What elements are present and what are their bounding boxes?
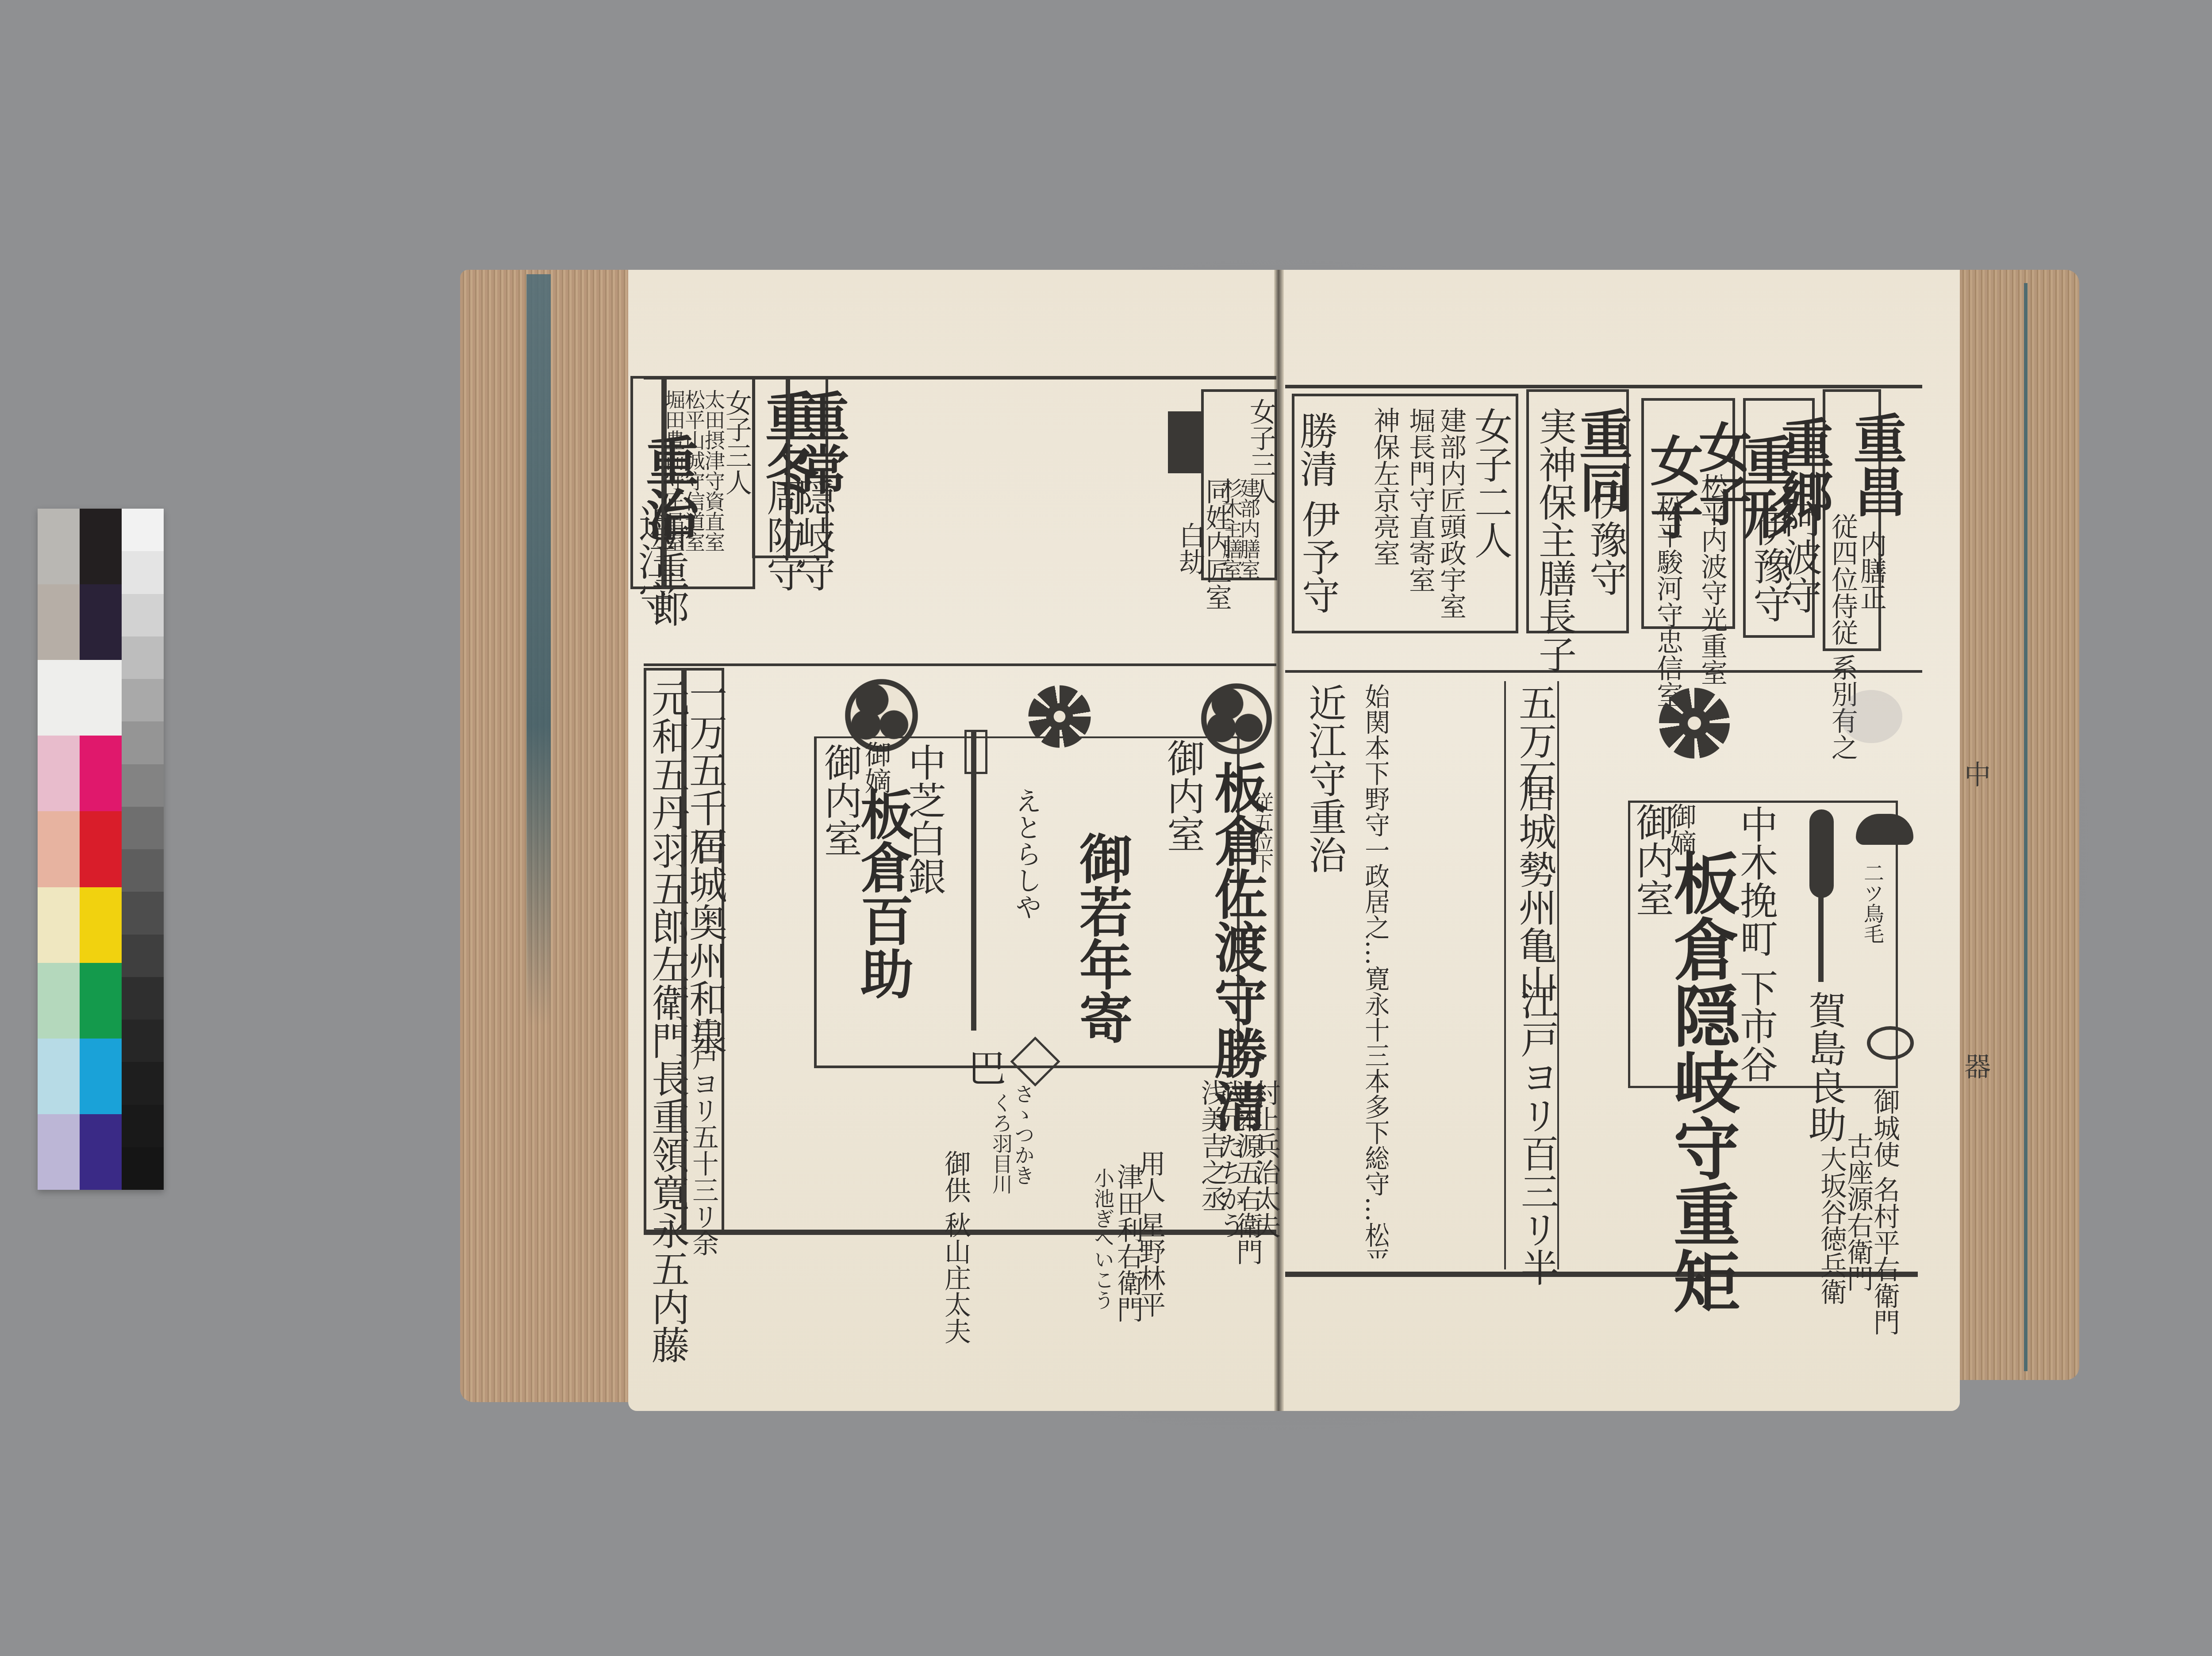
color-swatch <box>80 509 122 584</box>
color-swatch <box>80 963 122 1039</box>
grayscale-swatch <box>122 636 164 679</box>
color-swatch <box>80 811 122 887</box>
entry-line: 堀長門守直寄室 <box>1407 407 1433 593</box>
office-title: 御若年寄 <box>1075 832 1128 1044</box>
retainer-name: 御供 秋山庄太夫 <box>942 1150 969 1344</box>
kuyo-crest-icon <box>1657 686 1732 761</box>
blue-cover-edge <box>2024 283 2028 1371</box>
heir-label: 御嫡 <box>863 741 889 794</box>
grayscale-swatch <box>122 935 164 977</box>
entry-line: 同姓内匠室 <box>1203 478 1230 610</box>
grayscale-swatch <box>122 807 164 849</box>
grayscale-swatch <box>122 551 164 594</box>
entry-label: 女子三人 <box>723 389 750 495</box>
grayscale-swatch <box>122 892 164 934</box>
right-page-stack <box>1960 270 2079 1380</box>
color-calibration-chart <box>38 509 164 1190</box>
heir-label: 御嫡 <box>1668 803 1694 856</box>
crest-mark-icon <box>1867 1026 1914 1060</box>
entry-note: 白劫 <box>1177 522 1203 575</box>
court-rank: 従五位下 <box>1252 792 1272 873</box>
mid-rule-right <box>1285 670 1922 673</box>
residence: 中芝白銀 <box>905 743 943 895</box>
fore-edge-mark: 中 <box>1962 761 1989 787</box>
distance: 江戸ヨリ五十三リ余 <box>690 1017 717 1256</box>
standard-pole-icon <box>1818 893 1824 982</box>
faded-crest-icon <box>1840 690 1902 743</box>
crest-note: 巴 <box>964 1048 1002 1086</box>
grayscale-swatch <box>122 594 164 636</box>
grayscale-swatch <box>122 764 164 807</box>
residence-lower: 下市谷 <box>1736 969 1774 1083</box>
color-swatch <box>38 887 80 963</box>
top-rule-right <box>1285 385 1922 388</box>
grayscale-swatch <box>122 679 164 721</box>
spear-icon <box>971 730 976 1031</box>
color-swatch <box>38 509 80 584</box>
residence-main: 中木挽町 <box>1736 805 1774 957</box>
color-swatch <box>80 736 122 811</box>
spear-note: 二ツ鳥毛 <box>1863 862 1883 944</box>
grayscale-swatch <box>122 1020 164 1062</box>
entry-label: 女子二人 <box>1471 407 1509 559</box>
entry-title: 内膳正 <box>1858 531 1885 610</box>
color-swatch <box>80 660 122 736</box>
grayscale-swatch <box>122 1105 164 1147</box>
color-swatch <box>80 1114 122 1190</box>
retainer-name: 浅美吉之丞 <box>1199 1079 1225 1212</box>
mid-rule-left <box>644 663 1276 666</box>
entry-title: 伊予守 <box>1298 500 1336 614</box>
retainer-name: 御城使 名村平右衛門 <box>1871 1088 1898 1335</box>
tassel-standard-icon <box>1809 809 1834 898</box>
spear-note: えとらしや <box>1013 787 1040 920</box>
distance: 江戸ヨリ百三リ半 <box>1517 982 1555 1286</box>
entry-line: 神保左京亮室 <box>1371 407 1398 566</box>
color-swatch <box>80 1039 122 1114</box>
spear-head-icon <box>964 730 987 774</box>
grayscale-swatch <box>122 1062 164 1104</box>
grayscale-swatch <box>122 977 164 1020</box>
retainer-head: 賀島良助 <box>1805 991 1843 1143</box>
entry-line: 松平駿河守忠信室 <box>1655 495 1681 708</box>
entry-line: 堀田豊前守正昌室 <box>664 389 684 552</box>
column-rule <box>1557 681 1559 1269</box>
color-swatch <box>38 660 80 736</box>
retainer-name: 小池ぎへいこう <box>1093 1168 1113 1310</box>
wife-label: 御内室 <box>1164 739 1202 853</box>
entry-title: 隠岐守 <box>794 478 832 592</box>
color-swatch <box>38 736 80 811</box>
domain-history: 元和五丹羽五郎左衛門長重領寛永五内藤 <box>648 679 686 1364</box>
color-swatch <box>38 1039 80 1114</box>
entry-title: 伊豫守 <box>1586 482 1624 596</box>
domain-history: 始関本下野守一政居之…寛永十三本多下総守…松平… <box>1363 683 1388 1258</box>
retainer-name: 大坂谷徳兵衛 <box>1818 1146 1845 1305</box>
entry-name: 重昌 <box>1849 411 1902 517</box>
color-swatch <box>38 584 80 660</box>
grayscale-swatch <box>122 509 164 551</box>
entry-title: 伊豫守 <box>1750 509 1788 623</box>
castle: 居城勢州亀山 <box>1515 774 1553 1002</box>
black-box-marker <box>1168 411 1203 473</box>
fore-edge-mark: 器 <box>1962 1053 1989 1079</box>
grayscale-swatch <box>122 721 164 764</box>
entry-line: 建部内匠頭政宇室 <box>1438 407 1464 619</box>
entry-line: 太田摂津守資直室 <box>703 389 724 552</box>
entry-line: 実神保主膳長子 <box>1535 407 1573 673</box>
color-swatch <box>38 811 80 887</box>
retainer-name: 津田利右衛門 <box>1115 1163 1141 1322</box>
grayscale-swatch <box>122 849 164 892</box>
color-swatch <box>38 963 80 1039</box>
predecessor-name: 近江守重治 <box>1305 683 1343 874</box>
crest-note: くろ羽目川 <box>991 1092 1011 1194</box>
entry-line: 松平山城守信道室 <box>684 389 704 552</box>
column-rule <box>1504 681 1506 1269</box>
color-swatch <box>80 887 122 963</box>
lord-name: 板倉隠岐守重矩 <box>1668 849 1734 1314</box>
heir-name: 板倉百助 <box>856 787 909 1000</box>
entry-name: 勝清 <box>1296 411 1334 487</box>
color-swatch <box>80 584 122 660</box>
blue-cover-remnant <box>526 274 551 1026</box>
retainer-name: 古座源右衛門 <box>1845 1132 1871 1292</box>
crest-note: さゝつかき <box>1013 1084 1033 1185</box>
grayscale-swatch <box>122 1147 164 1190</box>
color-swatch <box>38 1114 80 1190</box>
